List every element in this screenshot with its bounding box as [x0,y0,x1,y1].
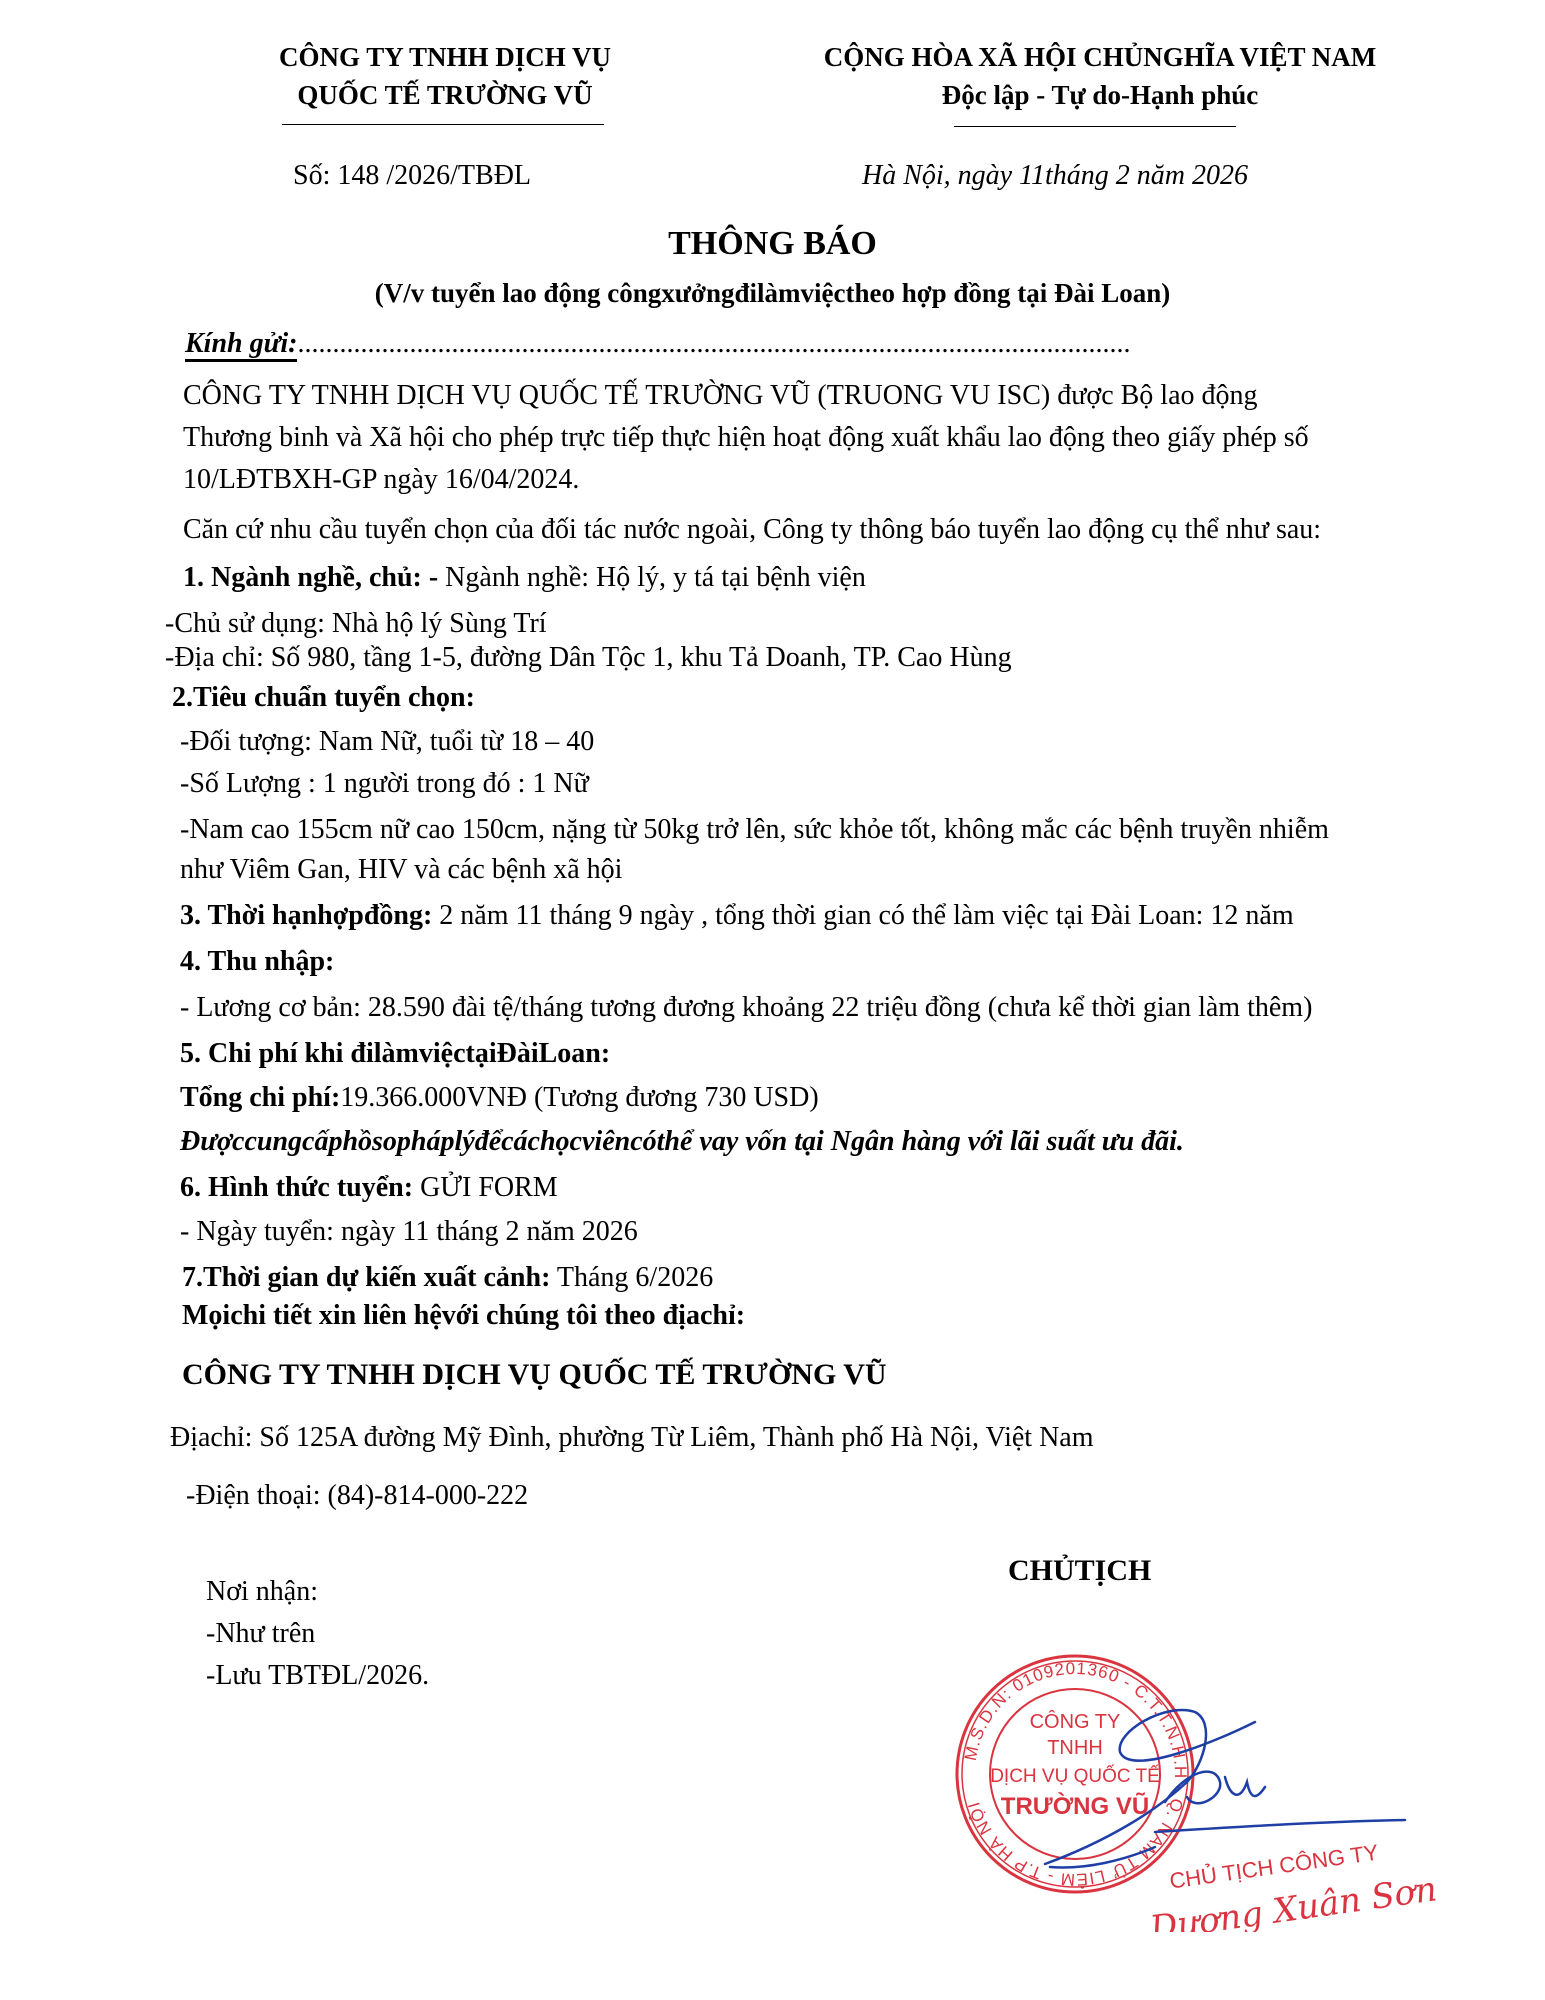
company-header: CÔNG TY TNHH DỊCH VỤ QUỐC TẾ TRƯỜNG VŨ [215,38,675,114]
section-3-text: 2 năm 11 tháng 9 ngày , tổng thời gian c… [432,900,1293,931]
recipient-dots: ........................................… [297,328,1130,359]
section-1-text: Ngành nghề: Hộ lý, y tá tại bệnh viện [445,562,866,593]
section-6-heading: 6. Hình thức tuyển: [180,1172,413,1203]
page-subtitle: (V/v tuyển lao động côngxưởngđilàmviệcth… [0,278,1545,309]
section-2-heading: 2.Tiêu chuẩn tuyển chọn: [172,682,475,714]
section-1-occupation: 1. Ngành nghề, chủ: - Ngành nghề: Hộ lý,… [183,562,866,594]
section-5-total-value: 19.366.000VNĐ (Tương đương 730 USD) [340,1082,818,1113]
svg-text:TRƯỜNG VŨ: TRƯỜNG VŨ [1001,1792,1149,1820]
contact-company: CÔNG TY TNHH DỊCH VỤ QUỐC TẾ TRƯỜNG VŨ [182,1358,887,1392]
national-header: CỘNG HÒA XÃ HỘI CHỦNGHĨA VIỆT NAM Độc lậ… [790,38,1410,114]
recipient-label: Kính gửi: [185,328,297,362]
section-5-heading: 5. Chi phí khi đilàmviệctạiĐàiLoan: [180,1038,610,1070]
section-7-departure: 7.Thời gian dự kiến xuất cảnh: Tháng 6/2… [182,1262,713,1294]
section-4-salary: - Lương cơ bản: 28.590 đài tệ/tháng tươn… [180,992,1312,1024]
signature-area: M.S.D.N: 0109201360 - C.T.T.N.H.H - Q. N… [955,1602,1475,1932]
contact-intro: Mọichi tiết xin liên hệvới chúng tôi the… [182,1300,745,1332]
contact-phone: -Điện thoại: (84)-814-000-222 [186,1480,528,1512]
document-number: Số: 148 /2026/TBĐL [293,160,531,192]
intro-line-1: CÔNG TY TNHH DỊCH VỤ QUỐC TẾ TRƯỜNG VŨ (… [183,380,1258,412]
section-2-health-2: như Viêm Gan, HIV và các bệnh xã hội [180,854,622,886]
intro-line-4: Căn cứ nhu cầu tuyển chọn của đối tác nư… [183,514,1321,546]
nation-name: CỘNG HÒA XÃ HỘI CHỦNGHĨA VIỆT NAM [790,38,1410,76]
contact-address: Địachỉ: Số 125A đường Mỹ Đình, phường Từ… [170,1422,1094,1454]
section-3-heading: 3. Thời hạnhợpđồng: [180,900,432,931]
recipients-item-2: -Lưu TBTĐL/2026. [206,1660,429,1692]
section-1-address: -Địa chỉ: Số 980, tầng 1-5, đường Dân Tộ… [165,642,1012,674]
company-stamp-icon: M.S.D.N: 0109201360 - C.T.T.N.H.H - Q. N… [955,1602,1475,1932]
section-1-heading: 1. Ngành nghề, chủ: - [183,562,445,593]
section-4-heading: 4. Thu nhập: [180,946,334,978]
section-5-loan-note: Đượccungcấphồsopháplýđểcáchọcviêncóthể v… [180,1126,1184,1158]
recipient-line: Kính gửi:...............................… [185,328,1130,360]
section-7-text: Tháng 6/2026 [550,1262,713,1293]
section-3-contract: 3. Thời hạnhợpđồng: 2 năm 11 tháng 9 ngà… [180,900,1294,932]
section-6-text: GỬI FORM [413,1172,558,1203]
svg-text:TNHH: TNHH [1047,1737,1103,1759]
section-7-heading: 7.Thời gian dự kiến xuất cảnh: [182,1262,550,1293]
recipients-label: Nơi nhận: [206,1576,318,1608]
section-2-health-1: -Nam cao 155cm nữ cao 150cm, nặng từ 50k… [180,814,1329,846]
recipients-item-1: -Như trên [206,1618,315,1650]
section-5-total: Tổng chi phí:19.366.000VNĐ (Tương đương … [180,1082,819,1114]
section-5-total-label: Tổng chi phí: [180,1082,340,1113]
company-name-line1: CÔNG TY TNHH DỊCH VỤ [215,38,675,76]
svg-text:CÔNG TY: CÔNG TY [1030,1710,1121,1733]
section-6-date: - Ngày tuyển: ngày 11 tháng 2 năm 2026 [180,1216,638,1248]
company-name-line2: QUỐC TẾ TRƯỜNG VŨ [215,76,675,114]
svg-text:DỊCH VỤ QUỐC TẾ: DỊCH VỤ QUỐC TẾ [990,1765,1160,1787]
section-6-method: 6. Hình thức tuyển: GỬI FORM [180,1172,558,1204]
page-title: THÔNG BÁO [0,225,1545,263]
section-2-quantity: -Số Lượng : 1 người trong đó : 1 Nữ [180,768,589,800]
header-right-rule [954,126,1236,127]
header-left-rule [282,124,604,125]
intro-line-3: 10/LĐTBXH-GP ngày 16/04/2024. [183,464,579,496]
signature-title: CHỦTỊCH [1008,1554,1151,1588]
section-1-employer: -Chủ sử dụng: Nhà hộ lý Sùng Trí [165,608,547,640]
nation-motto: Độc lập - Tự do-Hạnh phúc [790,76,1410,114]
place-date: Hà Nội, ngày 11tháng 2 năm 2026 [862,160,1248,192]
section-2-target: -Đối tượng: Nam Nữ, tuổi từ 18 – 40 [180,726,594,758]
intro-line-2: Thương binh và Xã hội cho phép trực tiếp… [183,422,1309,454]
